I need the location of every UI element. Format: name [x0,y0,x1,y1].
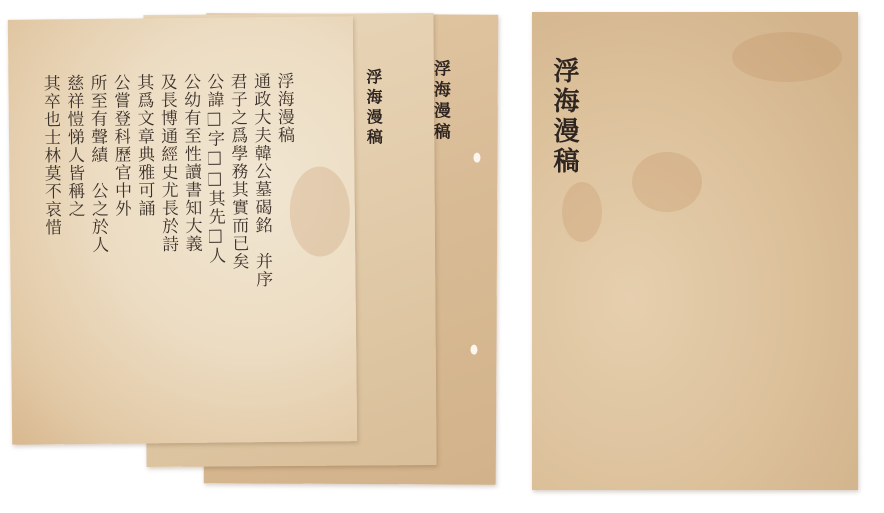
cover-title: 浮海漫稿 [546,57,583,177]
water-stain [632,152,702,212]
text-column: 其爲文章典雅可誦 [137,73,157,433]
manuscript-cover: 浮海漫稿 [532,12,858,490]
text-column: 通政大夫韓公墓碣銘 并序 [254,72,274,432]
text-column: 浮海漫稿 [277,72,297,432]
manuscript-leaf-front: 浮海漫稿 通政大夫韓公墓碣銘 并序 君子之爲學務其實而已矣 公諱□字□□其先□人… [8,16,357,445]
text-column: 公幼有至性讀書知大義 [184,73,204,433]
text-column: 慈祥愷悌人皆稱之 [67,74,87,434]
text-column: 所至有聲績 公之於人 [90,74,110,434]
text-column: 及長博通經史尤長於詩 [160,73,180,433]
leaf-title: 浮海漫稿 [362,68,386,148]
water-stain [732,32,842,82]
manuscript-text: 浮海漫稿 通政大夫韓公墓碣銘 并序 君子之爲學務其實而已矣 公諱□字□□其先□人… [43,72,297,435]
text-column: 公諱□字□□其先□人 [207,73,227,433]
water-stain [562,182,602,242]
text-column: 君子之爲學務其實而已矣 [230,72,250,432]
binding-hole [473,153,480,163]
binding-hole [470,345,477,355]
text-column: 公嘗登科歷官中外 [113,74,133,434]
water-stain [289,166,350,257]
text-column: 其卒也士林莫不哀惜 [43,74,63,434]
